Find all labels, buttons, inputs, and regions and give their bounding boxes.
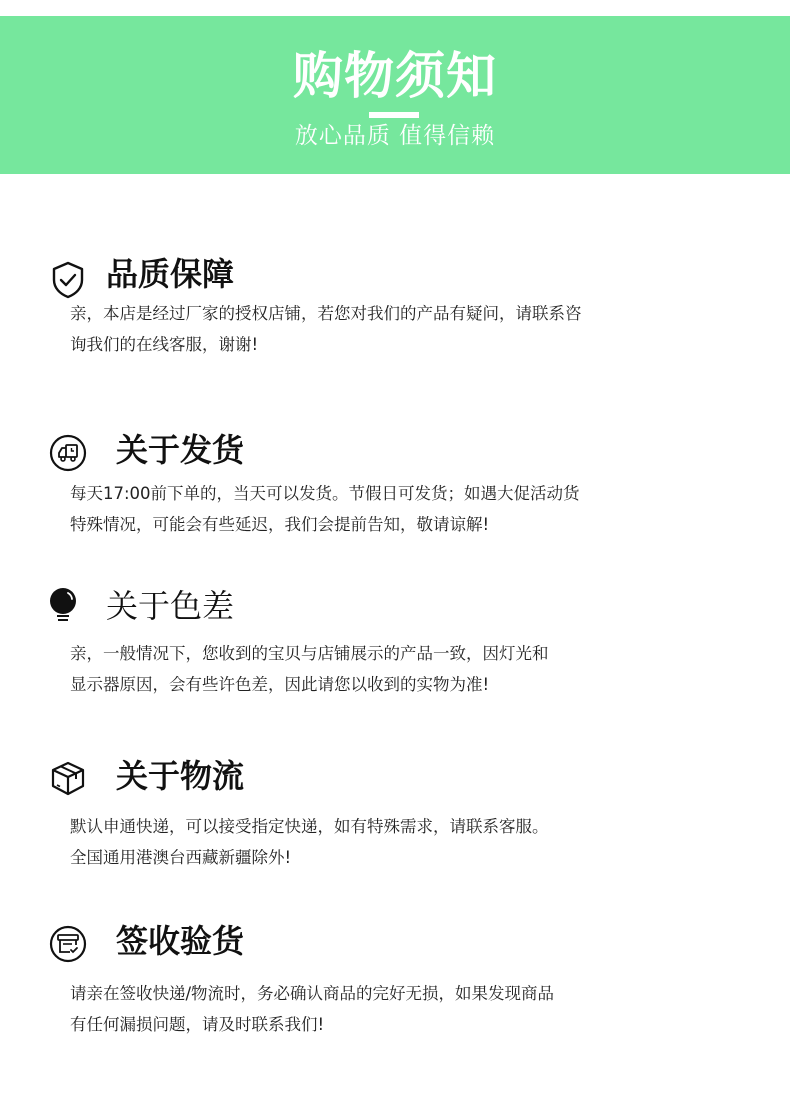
section-title: 关于色差 bbox=[106, 586, 234, 626]
section-body: 默认申通快递，可以接受指定快递，如有特殊需求，请联系客服。 全国通用港澳台西藏新… bbox=[70, 811, 549, 873]
section-title: 品质保障 bbox=[106, 254, 234, 294]
section-title: 关于物流 bbox=[116, 756, 244, 796]
delivery-truck-icon bbox=[48, 433, 88, 473]
light-bulb-icon bbox=[46, 586, 86, 626]
page-title: 购物须知 bbox=[0, 46, 790, 106]
section-title: 签收验货 bbox=[116, 921, 244, 961]
header-banner: 购物须知 放心品质 值得信赖 bbox=[0, 16, 790, 174]
title-divider bbox=[369, 112, 419, 118]
receipt-check-icon bbox=[48, 923, 88, 963]
page-subtitle: 放心品质 值得信赖 bbox=[0, 120, 790, 152]
section-body: 亲，一般情况下，您收到的宝贝与店铺展示的产品一致，因灯光和 显示器原因，会有些许… bbox=[70, 638, 549, 700]
package-box-icon bbox=[48, 758, 88, 798]
section-body: 亲，本店是经过厂家的授权店铺，若您对我们的产品有疑问，请联系咨 询我们的在线客服… bbox=[70, 298, 582, 360]
section-body: 请亲在签收快递/物流时，务必确认商品的完好无损，如果发现商品 有任何漏损问题，请… bbox=[70, 978, 554, 1040]
section-body: 每天17:00前下单的，当天可以发货。节假日可发货；如遇大促活动货 特殊情况，可… bbox=[70, 478, 580, 540]
section-title: 关于发货 bbox=[116, 430, 244, 470]
shield-check-icon bbox=[48, 260, 88, 300]
